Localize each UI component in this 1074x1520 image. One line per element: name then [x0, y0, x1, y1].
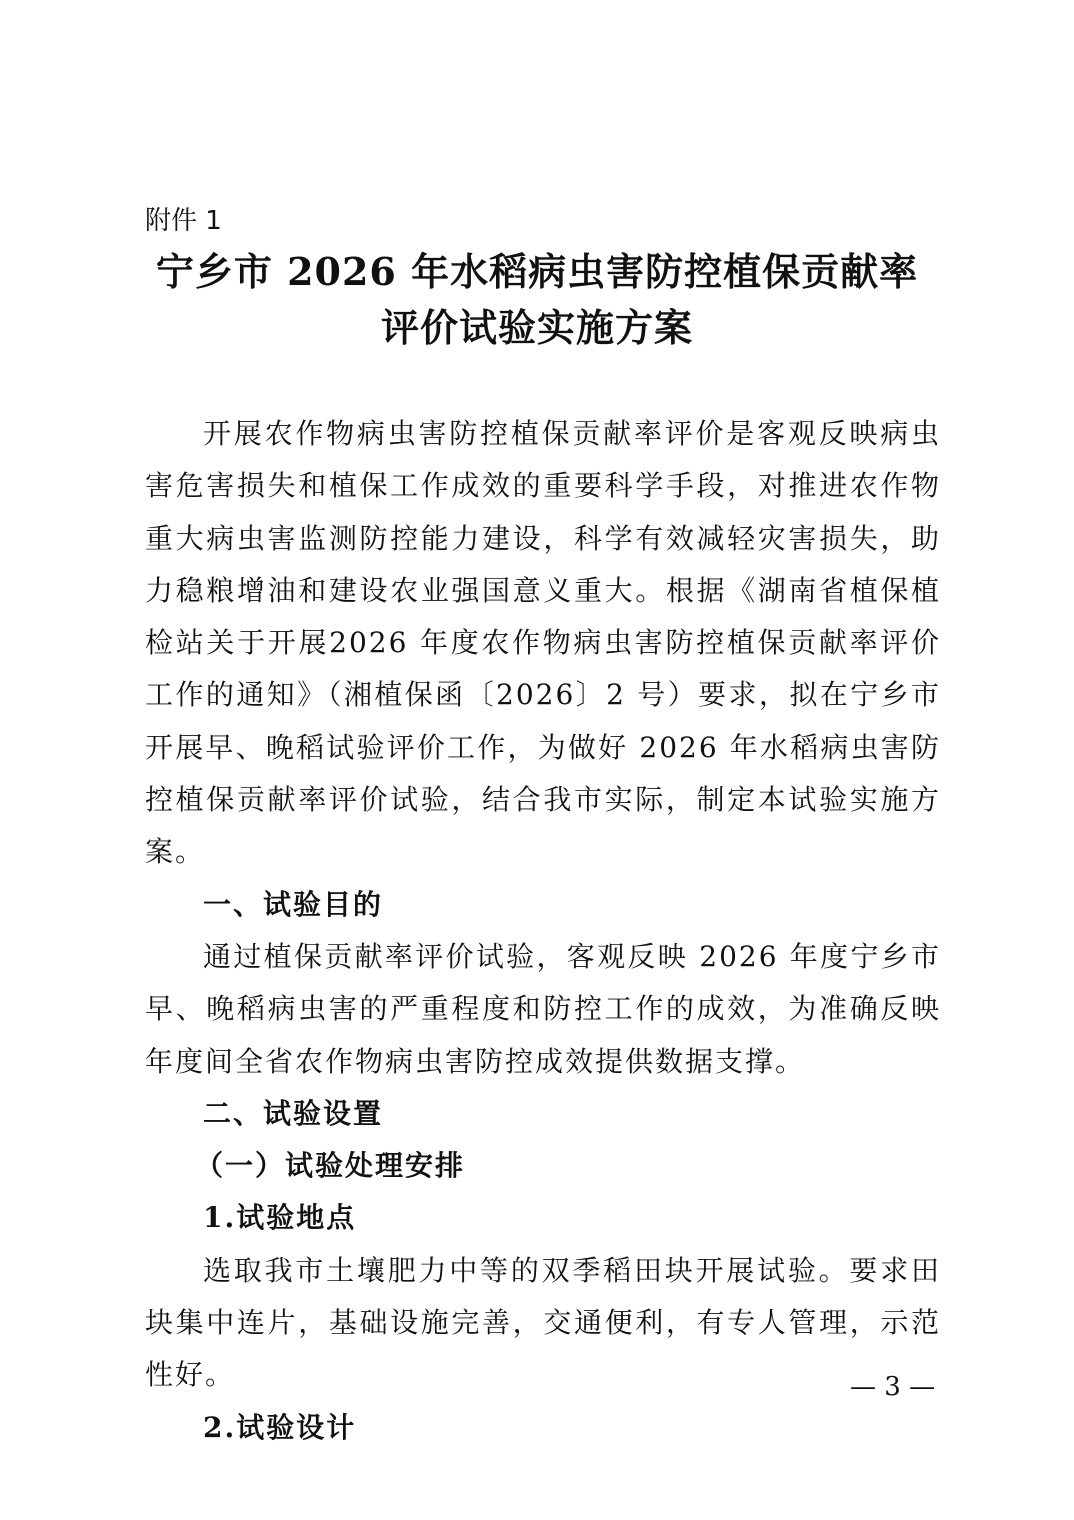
section-heading-purpose: 一、试验目的	[145, 879, 941, 931]
attachment-label: 附件 1	[145, 203, 222, 239]
document-body: 开展农作物病虫害防控植保贡献率评价是客观反映病虫害危害损失和植保工作成效的重要科…	[145, 408, 941, 1454]
item-heading-design: 2.试验设计	[145, 1402, 941, 1454]
item-heading-location: 1.试验地点	[145, 1192, 941, 1244]
location-paragraph: 选取我市土壤肥力中等的双季稻田块开展试验。要求田块集中连片，基础设施完善，交通便…	[145, 1245, 941, 1402]
document-title-line-1: 宁乡市 2026 年水稻病虫害防控植保贡献率	[0, 247, 1074, 297]
page-number: — 3 —	[850, 1372, 935, 1402]
document-title-line-2: 评价试验实施方案	[0, 303, 1074, 353]
intro-paragraph: 开展农作物病虫害防控植保贡献率评价是客观反映病虫害危害损失和植保工作成效的重要科…	[145, 408, 941, 879]
subsection-heading-arrangement: （一）试验处理安排	[145, 1140, 941, 1192]
section-heading-setup: 二、试验设置	[145, 1088, 941, 1140]
purpose-paragraph: 通过植保贡献率评价试验，客观反映 2026 年度宁乡市早、晚稻病虫害的严重程度和…	[145, 931, 941, 1088]
